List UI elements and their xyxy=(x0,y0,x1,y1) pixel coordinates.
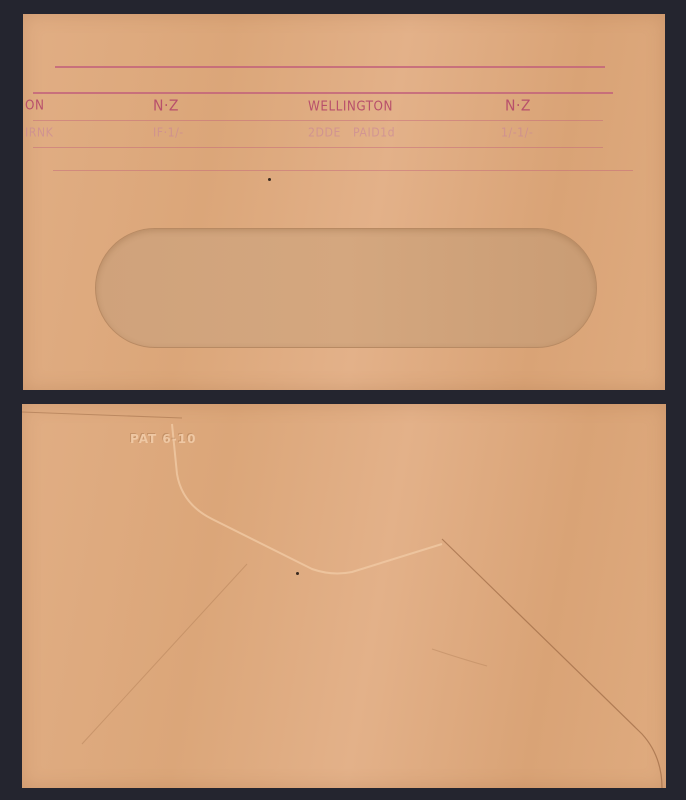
meter-paid: PAID1d xyxy=(353,125,395,139)
envelope-back: PAT 6-10 xyxy=(22,404,666,788)
meter-rule xyxy=(33,92,613,94)
meter-right-sub: 1/-1/- xyxy=(501,125,533,139)
flap-outline xyxy=(22,404,666,788)
meter-rule xyxy=(33,147,603,148)
embossed-mark: PAT 6-10 xyxy=(130,432,196,446)
meter-rule xyxy=(33,120,603,121)
meter-date-code: 2DDE xyxy=(308,125,341,139)
meter-country-left-sub: IF·1/- xyxy=(153,125,184,139)
meter-left-sub: IRNK xyxy=(25,125,53,139)
ink-speck xyxy=(296,572,299,575)
address-window xyxy=(95,228,597,348)
envelope-front: ON IRNK N·Z IF·1/- WELLINGTON 2DDE PAID1… xyxy=(23,14,665,390)
meter-city: WELLINGTON xyxy=(308,98,393,113)
meter-country-left: N·Z xyxy=(153,97,179,115)
meter-rule xyxy=(53,170,633,171)
meter-country-right: N·Z xyxy=(505,97,531,115)
meter-left-fragment: ON xyxy=(25,97,44,112)
meter-rule xyxy=(55,66,605,68)
ink-speck xyxy=(268,178,271,181)
